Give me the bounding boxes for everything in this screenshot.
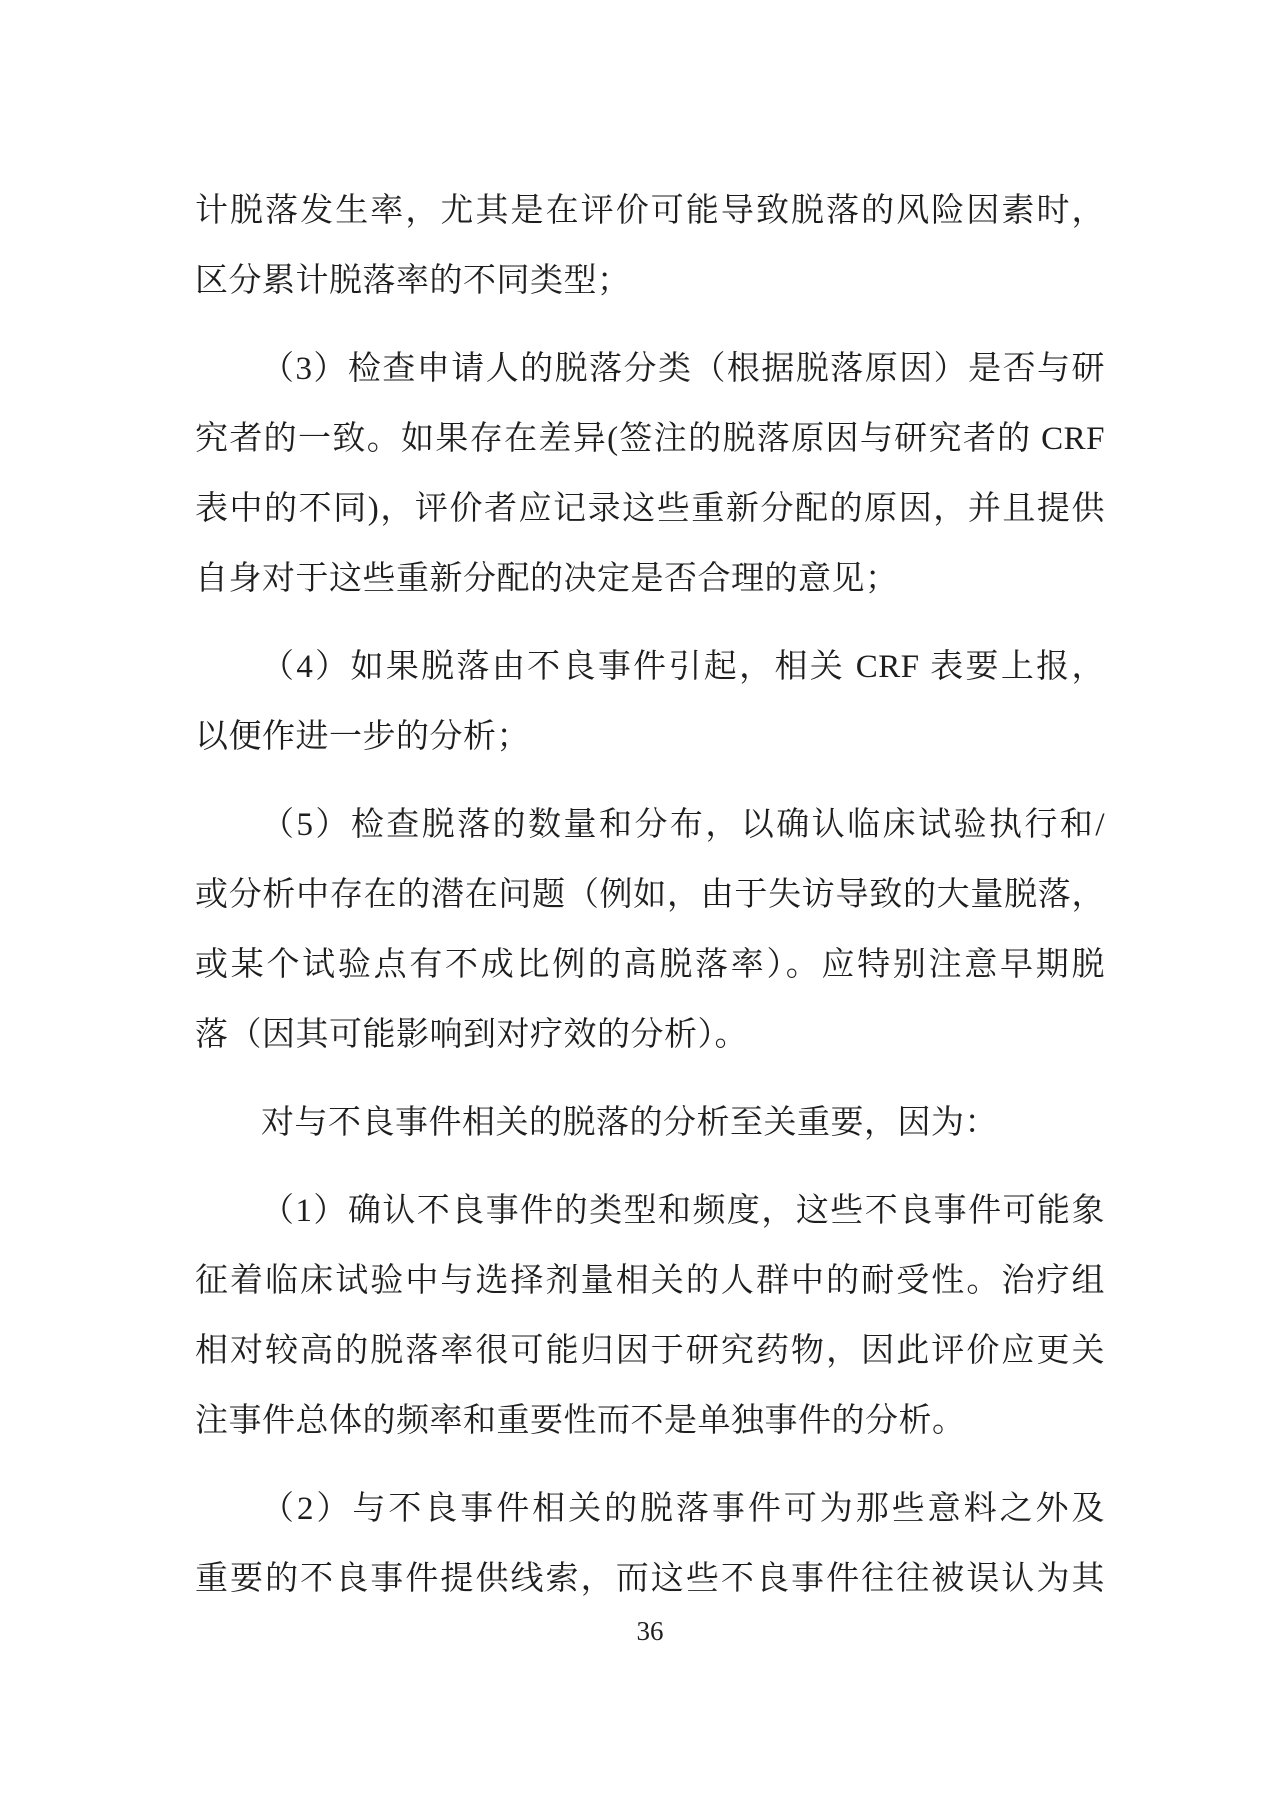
text-line: 重要的不良事件提供线索，而这些不良事件往往被误认为其 [195, 1544, 1105, 1614]
paragraph: （1）确认不良事件的类型和频度，这些不良事件可能象征着临床试验中与选择剂量相关的… [195, 1176, 1105, 1456]
text-line: （3）检查申请人的脱落分类（根据脱落原因）是否与研 [195, 334, 1105, 404]
paragraph: （5）检查脱落的数量和分布，以确认临床试验执行和/或分析中存在的潜在问题（例如，… [195, 790, 1105, 1070]
text-line: 自身对于这些重新分配的决定是否合理的意见； [195, 544, 1105, 614]
text-line: 或分析中存在的潜在问题（例如，由于失访导致的大量脱落， [195, 860, 1105, 930]
paragraph: （2）与不良事件相关的脱落事件可为那些意料之外及重要的不良事件提供线索，而这些不… [195, 1474, 1105, 1614]
document-body: 计脱落发生率，尤其是在评价可能导致脱落的风险因素时，区分累计脱落率的不同类型；（… [195, 176, 1105, 1648]
paragraph: 计脱落发生率，尤其是在评价可能导致脱落的风险因素时，区分累计脱落率的不同类型； [195, 176, 1105, 316]
page-number: 36 [195, 1614, 1105, 1648]
text-line: 注事件总体的频率和重要性而不是单独事件的分析。 [195, 1386, 1105, 1456]
text-line: 区分累计脱落率的不同类型； [195, 246, 1105, 316]
document-page: 计脱落发生率，尤其是在评价可能导致脱落的风险因素时，区分累计脱落率的不同类型；（… [0, 0, 1280, 1810]
text-line: 对与不良事件相关的脱落的分析至关重要，因为： [195, 1088, 1105, 1158]
text-line: 落（因其可能影响到对疗效的分析）。 [195, 1000, 1105, 1070]
paragraph: 对与不良事件相关的脱落的分析至关重要，因为： [195, 1088, 1105, 1158]
text-line: 表中的不同)，评价者应记录这些重新分配的原因，并且提供 [195, 474, 1105, 544]
text-line: 或某个试验点有不成比例的高脱落率）。应特别注意早期脱 [195, 930, 1105, 1000]
text-line: （5）检查脱落的数量和分布，以确认临床试验执行和/ [195, 790, 1105, 860]
text-line: （4）如果脱落由不良事件引起，相关 CRF 表要上报， [195, 632, 1105, 702]
paragraph: （4）如果脱落由不良事件引起，相关 CRF 表要上报，以便作进一步的分析； [195, 632, 1105, 772]
text-line: （1）确认不良事件的类型和频度，这些不良事件可能象 [195, 1176, 1105, 1246]
text-line: （2）与不良事件相关的脱落事件可为那些意料之外及 [195, 1474, 1105, 1544]
text-line: 征着临床试验中与选择剂量相关的人群中的耐受性。治疗组 [195, 1246, 1105, 1316]
text-line: 以便作进一步的分析； [195, 702, 1105, 772]
text-line: 相对较高的脱落率很可能归因于研究药物，因此评价应更关 [195, 1316, 1105, 1386]
text-line: 究者的一致。如果存在差异(签注的脱落原因与研究者的 CRF [195, 404, 1105, 474]
paragraph: （3）检查申请人的脱落分类（根据脱落原因）是否与研究者的一致。如果存在差异(签注… [195, 334, 1105, 614]
text-line: 计脱落发生率，尤其是在评价可能导致脱落的风险因素时， [195, 176, 1105, 246]
